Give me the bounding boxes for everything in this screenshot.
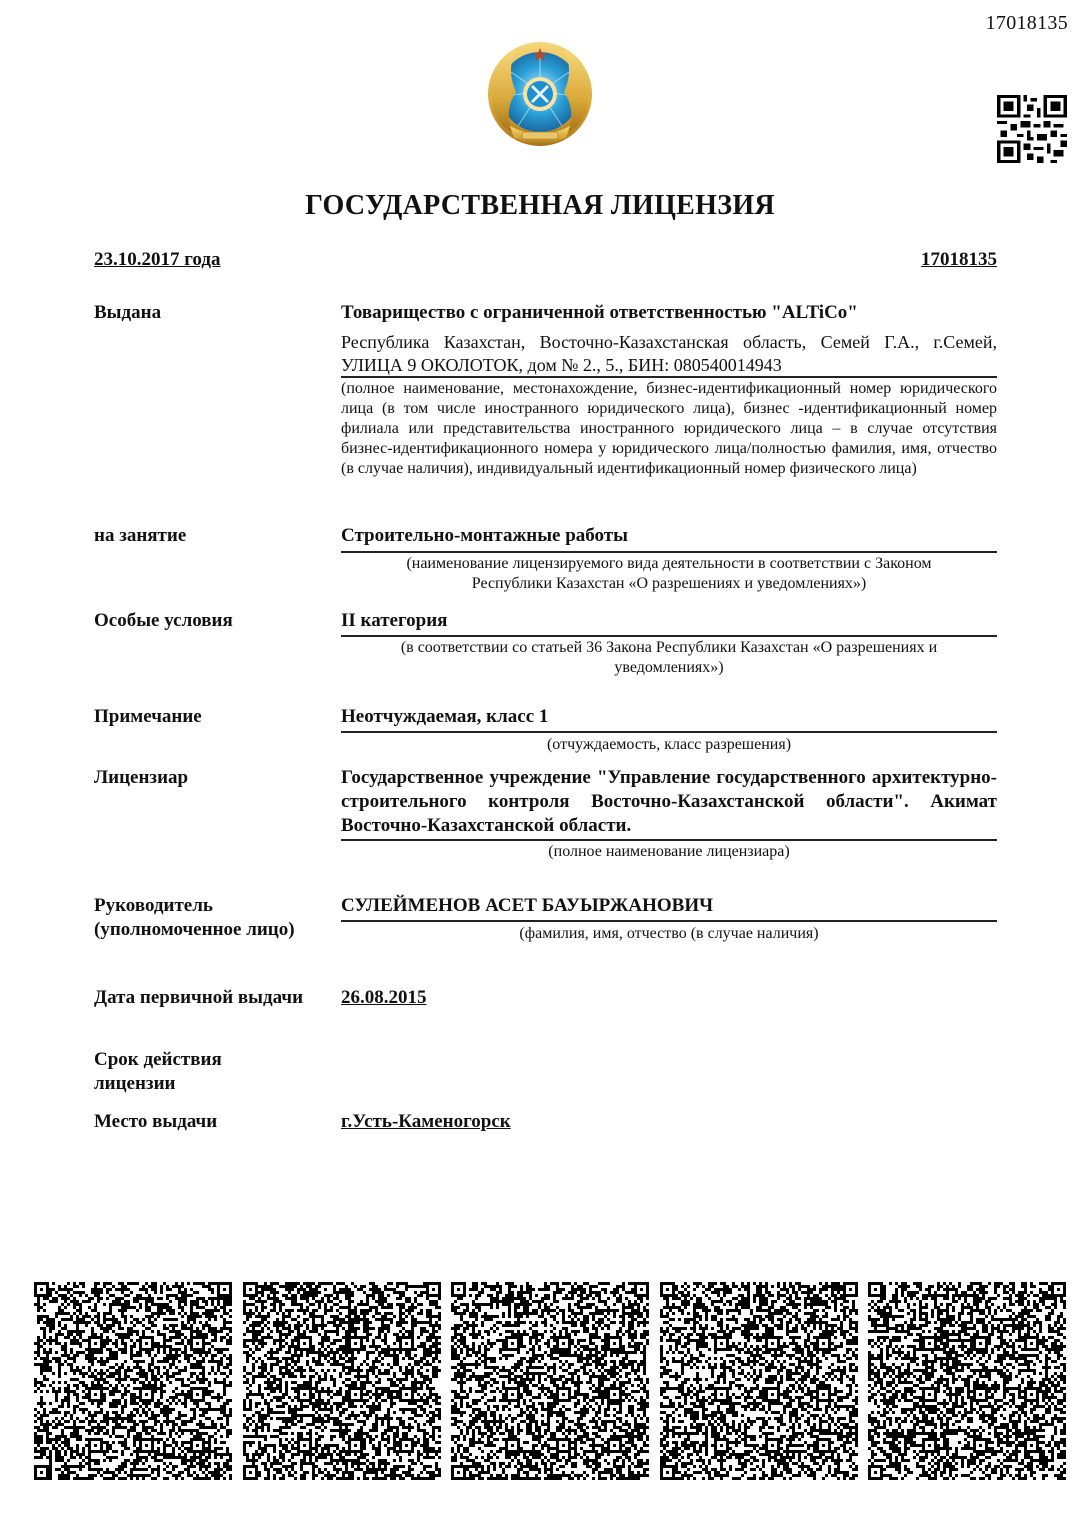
- validity-label-line2: лицензии: [94, 1072, 222, 1096]
- license-number: 17018135: [921, 249, 997, 271]
- head-value: СУЛЕЙМЕНОВ АСЕТ БАУЫРЖАНОВИЧ: [341, 894, 997, 917]
- place-of-issue-label: Место выдачи: [94, 1110, 217, 1134]
- special-conditions-note: (в соответствии со статьей 36 Закона Рес…: [341, 638, 997, 678]
- activity-label: на занятие: [94, 524, 186, 548]
- divider: [341, 376, 997, 378]
- first-issue-date-value: 26.08.2015: [341, 986, 997, 1009]
- head-label: Руководитель (уполномоченное лицо): [94, 894, 295, 942]
- head-note: (фамилия, имя, отчество (в случае наличи…: [341, 924, 997, 944]
- page-title: ГОСУДАРСТВЕННАЯ ЛИЦЕНЗИЯ: [0, 190, 1080, 222]
- divider: [341, 839, 997, 841]
- place-of-issue-value: г.Усть-Каменогорск: [341, 1110, 997, 1133]
- qr-code-4-icon: [660, 1282, 858, 1480]
- divider: [341, 551, 997, 553]
- head-label-line1: Руководитель: [94, 894, 295, 918]
- licensor-label: Лицензиар: [94, 766, 188, 790]
- issued-to-name: Товарищество с ограниченной ответственно…: [341, 301, 997, 324]
- issued-to-label: Выдана: [94, 301, 161, 325]
- remark-note: (отчуждаемость, класс разрешения): [341, 735, 997, 755]
- special-conditions-value: II категория: [341, 609, 997, 632]
- qr-code-2-icon: [243, 1282, 441, 1480]
- qr-code-icon: [997, 95, 1067, 163]
- licensor-note: (полное наименование лицензиара): [341, 842, 997, 862]
- qr-code-5-icon: [868, 1282, 1066, 1480]
- validity-label: Срок действия лицензии: [94, 1048, 222, 1096]
- remark-label: Примечание: [94, 705, 202, 729]
- activity-note: (наименование лицензируемого вида деятел…: [341, 554, 997, 594]
- remark-value: Неотчуждаемая, класс 1: [341, 705, 997, 728]
- special-conditions-label: Особые условия: [94, 609, 233, 633]
- issued-to-note: (полное наименование, местонахождение, б…: [341, 379, 997, 479]
- first-issue-date-label: Дата первичной выдачи: [94, 986, 303, 1010]
- divider: [341, 635, 997, 637]
- head-label-line2: (уполномоченное лицо): [94, 918, 295, 942]
- state-emblem-icon: [482, 40, 598, 150]
- document-number-top: 17018135: [986, 12, 1068, 35]
- divider: [341, 731, 997, 733]
- issued-to-address: Республика Казахстан, Восточно-Казахстан…: [341, 331, 997, 377]
- qr-code-1-icon: [34, 1282, 232, 1480]
- divider: [341, 920, 997, 922]
- qr-code-3-icon: [451, 1282, 649, 1480]
- activity-value: Строительно-монтажные работы: [341, 524, 997, 547]
- issue-date: 23.10.2017 года: [94, 249, 220, 271]
- licensor-value: Государственное учреждение "Управление г…: [341, 766, 997, 838]
- validity-label-line1: Срок действия: [94, 1048, 222, 1072]
